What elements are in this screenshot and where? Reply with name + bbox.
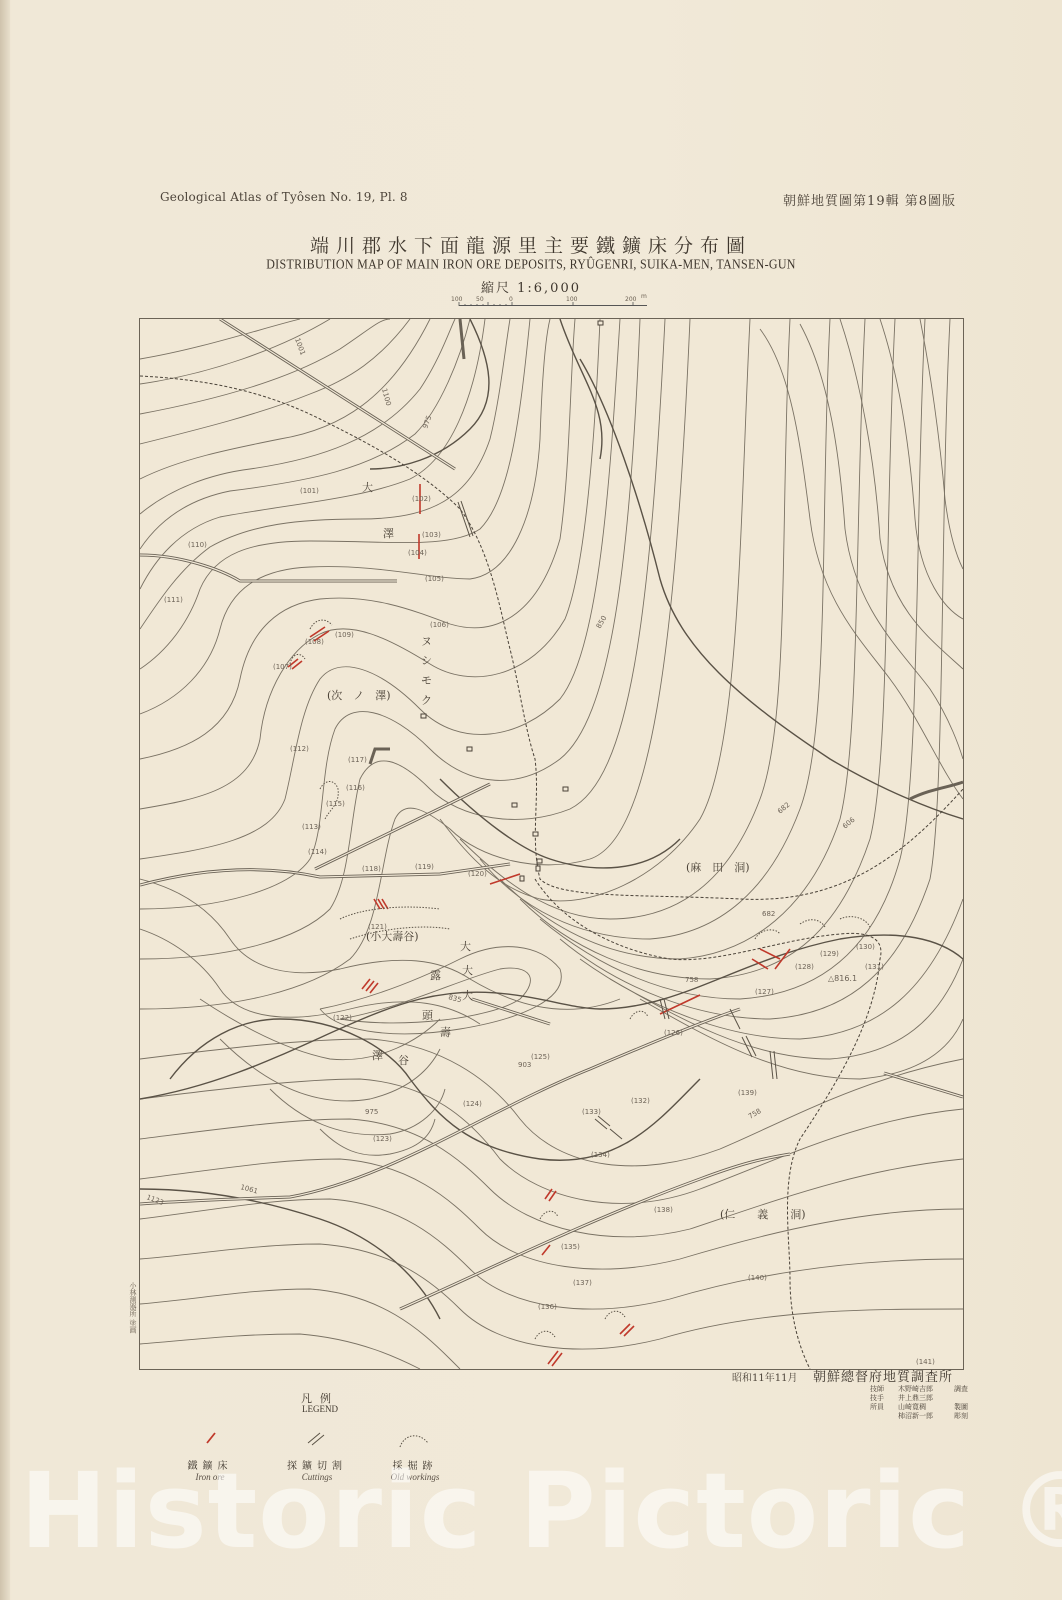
- svg-text:(108): (108): [305, 638, 324, 646]
- svg-text:1001: 1001: [293, 337, 307, 356]
- credit-name: 木野崎吉郎: [898, 1385, 946, 1394]
- svg-text:682: 682: [762, 910, 775, 918]
- svg-text:1123: 1123: [145, 1193, 164, 1207]
- credit-row: 技師 木野崎吉郎 調査: [870, 1385, 968, 1394]
- topographic-map[interactable]: (101) (102) (103) (104) (105) (106) (107…: [139, 318, 964, 1370]
- svg-text:モ: モ: [421, 674, 432, 687]
- svg-text:1061: 1061: [239, 1183, 258, 1195]
- map-title-english: DISTRIBUTION MAP OF MAIN IRON ORE DEPOSI…: [0, 256, 1062, 273]
- svg-text:(122): (122): [333, 1014, 352, 1022]
- credit-task: 製圖: [954, 1403, 968, 1412]
- svg-text:(114): (114): [308, 848, 327, 856]
- contour-lines: [140, 319, 963, 1369]
- svg-text:(105): (105): [425, 575, 444, 583]
- svg-text:(131): (131): [865, 963, 884, 971]
- svg-text:903: 903: [518, 1061, 531, 1069]
- iron-ore-deposits: [288, 484, 790, 1366]
- svg-text:大: 大: [460, 939, 471, 953]
- credit-name: 山崎寛稠: [898, 1403, 946, 1412]
- svg-text:(126): (126): [664, 1029, 683, 1037]
- svg-text:(128): (128): [795, 963, 814, 971]
- svg-text:(小大壽谷): (小大壽谷): [366, 929, 419, 943]
- legend-subtitle: LEGEND: [290, 1404, 350, 1414]
- publication-date: 昭和11年11月: [732, 1369, 797, 1384]
- svg-text:(113): (113): [302, 823, 321, 831]
- svg-text:(110): (110): [188, 541, 207, 549]
- credit-role: 所員: [870, 1403, 890, 1412]
- svg-text:壽: 壽: [440, 1025, 451, 1039]
- cuttings: [458, 501, 777, 1139]
- svg-text:(140): (140): [748, 1274, 767, 1282]
- svg-text:(120): (120): [468, 870, 487, 878]
- svg-text:(102): (102): [412, 495, 431, 503]
- triangulation-point: △816.1: [828, 974, 857, 983]
- svg-text:(133): (133): [582, 1108, 601, 1116]
- place-names: 大 澤 ヌ シ モ ク (次 ノ 澤) (小大壽谷) 大 大 露 大 頭 壽 澤…: [327, 480, 806, 1221]
- svg-text:(117): (117): [348, 756, 367, 764]
- credits-block: 技師 木野崎吉郎 調査 技手 井上鼎三郎 所員 山崎寛稠 製圖 柿沼新一郎 彫刻: [870, 1385, 968, 1421]
- svg-text:ヌ: ヌ: [421, 635, 432, 648]
- svg-text:シ: シ: [421, 654, 432, 667]
- svg-text:(136): (136): [538, 1303, 557, 1311]
- credit-row: 所員 山崎寛稠 製圖: [870, 1403, 968, 1412]
- svg-text:(115): (115): [326, 800, 345, 808]
- svg-text:(次 ノ 澤): (次 ノ 澤): [327, 688, 391, 702]
- credit-row: 柿沼新一郎 彫刻: [870, 1412, 968, 1421]
- svg-text:835: 835: [447, 993, 462, 1004]
- scale-bar: 100 50 0 100 200 m: [455, 296, 655, 312]
- svg-text:頭: 頭: [422, 1009, 434, 1022]
- svg-text:ク: ク: [421, 694, 432, 707]
- svg-text:850: 850: [595, 614, 609, 630]
- svg-text:(101): (101): [300, 487, 319, 495]
- credit-role: 技師: [870, 1385, 890, 1394]
- svg-text:(129): (129): [820, 950, 839, 958]
- svg-text:(124): (124): [463, 1100, 482, 1108]
- credit-task: 彫刻: [954, 1412, 968, 1421]
- credit-role: 技手: [870, 1394, 890, 1403]
- svg-text:(139): (139): [738, 1089, 757, 1097]
- map-canvas: (101) (102) (103) (104) (105) (106) (107…: [140, 319, 963, 1369]
- svg-text:(107): (107): [273, 663, 292, 671]
- svg-text:(125): (125): [531, 1053, 550, 1061]
- svg-text:758: 758: [685, 976, 698, 984]
- svg-text:(仁 義 洞): (仁 義 洞): [720, 1208, 806, 1221]
- svg-text:(119): (119): [415, 863, 434, 871]
- svg-text:(123): (123): [373, 1135, 392, 1143]
- svg-text:606: 606: [841, 815, 857, 830]
- svg-text:(104): (104): [408, 549, 427, 557]
- svg-text:(130): (130): [856, 943, 875, 951]
- svg-text:(麻 田 洞): (麻 田 洞): [686, 861, 750, 874]
- credit-row: 技手 井上鼎三郎: [870, 1394, 968, 1403]
- svg-text:谷: 谷: [398, 1054, 409, 1067]
- svg-text:(103): (103): [422, 531, 441, 539]
- svg-text:975: 975: [421, 414, 433, 429]
- map-title-japanese: 端川郡水下面龍源里主要鐵鑛床分布圖: [0, 231, 1062, 258]
- svg-text:(137): (137): [573, 1279, 592, 1287]
- svg-text:(106): (106): [430, 621, 449, 629]
- svg-text:露: 露: [430, 969, 441, 982]
- svg-text:(138): (138): [654, 1206, 673, 1214]
- svg-text:大: 大: [362, 480, 373, 494]
- svg-text:澤: 澤: [372, 1049, 383, 1062]
- credit-name: 井上鼎三郎: [898, 1394, 946, 1403]
- svg-text:1100: 1100: [380, 387, 392, 406]
- svg-text:澤: 澤: [383, 527, 394, 540]
- svg-text:(135): (135): [561, 1243, 580, 1251]
- watermark: Historic Pictoric ®: [20, 1450, 1060, 1572]
- svg-text:(132): (132): [631, 1097, 650, 1105]
- credit-role: [870, 1412, 890, 1421]
- svg-text:(111): (111): [164, 596, 183, 604]
- credit-name: 柿沼新一郎: [898, 1412, 946, 1421]
- map-scale: 縮尺 1:6,000: [0, 277, 1062, 296]
- svg-text:(141): (141): [916, 1358, 935, 1366]
- printer-credit: 小林測器所 塗画: [127, 1282, 137, 1333]
- elevation-labels: 1001 1100 975 850 758 682 606 758 682 83…: [145, 337, 857, 1207]
- svg-text:(116): (116): [346, 784, 365, 792]
- atlas-reference: Geological Atlas of Tyôsen No. 19, Pl. 8: [160, 190, 408, 204]
- svg-text:大: 大: [462, 988, 473, 1002]
- publishing-organization: 朝鮮總督府地質調査所: [813, 1366, 953, 1385]
- svg-text:758: 758: [747, 1107, 763, 1121]
- scale-ticks: [455, 296, 655, 312]
- svg-text:(112): (112): [290, 745, 309, 753]
- buildings: [421, 321, 603, 881]
- credit-task: 調査: [954, 1385, 968, 1394]
- atlas-reference-jp: 朝鮮地質圖第19輯 第8圖版: [783, 190, 956, 209]
- svg-text:682: 682: [776, 801, 791, 816]
- atlas-page: Geological Atlas of Tyôsen No. 19, Pl. 8…: [0, 0, 1062, 1600]
- svg-text:(109): (109): [335, 631, 354, 639]
- svg-text:(127): (127): [755, 988, 774, 996]
- svg-text:(118): (118): [362, 865, 381, 873]
- svg-text:(134): (134): [591, 1151, 610, 1159]
- svg-text:975: 975: [365, 1108, 378, 1116]
- svg-text:大: 大: [462, 963, 473, 977]
